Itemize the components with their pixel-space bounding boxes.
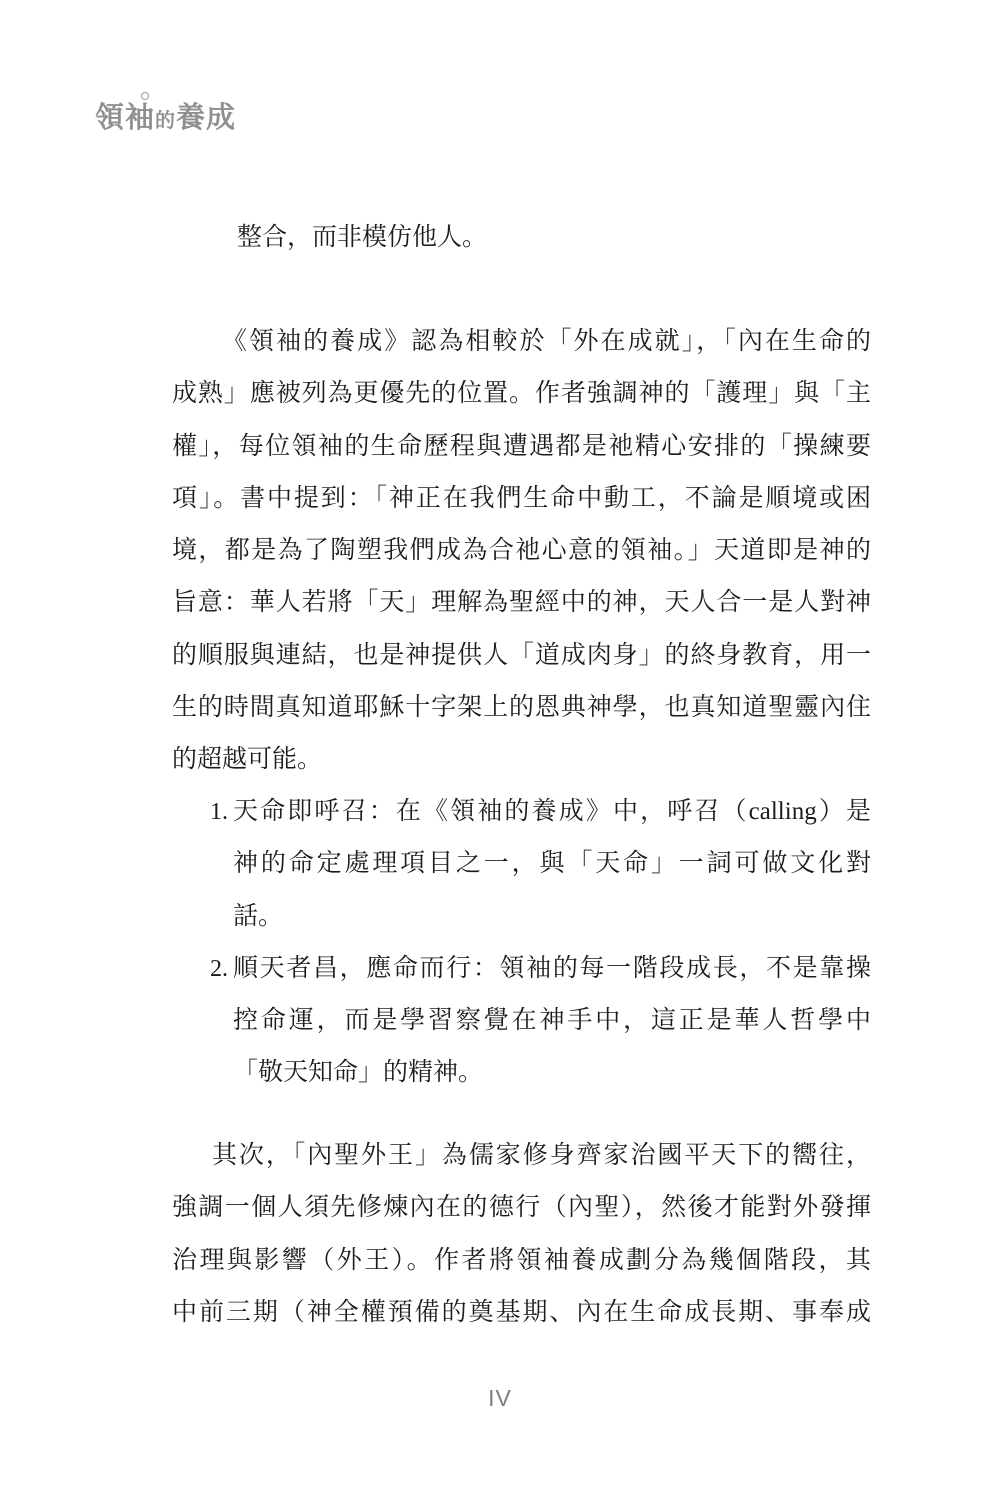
text-line: 境，都是為了陶塑我們成為合祂心意的領袖。」天道即是神的 — [172, 525, 871, 577]
book-title-logo: 領袖的養成 — [95, 95, 236, 136]
text-line: 控命運，而是學習察覺在神手中，這正是華人哲學中 — [233, 995, 871, 1047]
paragraph-providence: 《領袖的養成》認為相較於「外在成就」，「內在生命的 成熟」應被列為更優先的位置。… — [172, 316, 871, 787]
text-line: 治理與影響（外王）。作者將領袖養成劃分為幾個階段，其 — [172, 1235, 871, 1287]
continuation-line-block: 整合，而非模仿他人。 — [172, 212, 871, 264]
text-line: 《領袖的養成》認為相較於「外在成就」，「內在生命的 — [172, 316, 871, 368]
list-item-number: 1. — [210, 786, 228, 838]
numbered-list: 1. 天命即呼召：在《領袖的養成》中，呼召（calling）是 神的命定處理項目… — [172, 786, 871, 1100]
text-line: 權」，每位領袖的生命歷程與遭遇都是祂精心安排的「操練要 — [172, 421, 871, 473]
text-line: 「敬天知命」的精神。 — [233, 1047, 871, 1099]
text-line: 神的命定處理項目之一，與「天命」一詞可做文化對 — [233, 838, 871, 890]
logo-accent-ring-icon — [141, 92, 149, 100]
document-page: 領袖的養成 整合，而非模仿他人。 《領袖的養成》認為相較於「外在成就」，「內在生… — [0, 0, 1000, 1503]
logo-text-part2: 的 — [155, 110, 176, 132]
text-line: 強調一個人須先修煉內在的德行（內聖），然後才能對外發揮 — [172, 1182, 871, 1234]
text-line: 成熟」應被列為更優先的位置。作者強調神的「護理」與「主 — [172, 368, 871, 420]
text-line: 其次，「內聖外王」為儒家修身齊家治國平天下的嚮往， — [172, 1130, 871, 1182]
text-line: 生的時間真知道耶穌十字架上的恩典神學，也真知道聖靈內住 — [172, 682, 871, 734]
text-line: 中前三期（神全權預備的奠基期、內在生命成長期、事奉成 — [172, 1287, 871, 1339]
logo-text-part3: 養成 — [176, 102, 236, 134]
text-line: 旨意：華人若將「天」理解為聖經中的神，天人合一是人對神 — [172, 577, 871, 629]
page-number: IV — [0, 1385, 1000, 1412]
text-line: 項」。書中提到：「神正在我們生命中動工，不論是順境或困 — [172, 473, 871, 525]
logo-text-part1: 領袖 — [95, 102, 155, 134]
text-line: 天命即呼召：在《領袖的養成》中，呼召（calling）是 — [233, 786, 871, 838]
paragraph-neisheng-waiwang: 其次，「內聖外王」為儒家修身齊家治國平天下的嚮往， 強調一個人須先修煉內在的德行… — [172, 1130, 871, 1339]
text-line: 順天者昌，應命而行：領袖的每一階段成長，不是靠操 — [233, 943, 871, 995]
text-line: 的順服與連結，也是神提供人「道成肉身」的終身教育，用一 — [172, 630, 871, 682]
text-line: 話。 — [233, 891, 871, 943]
list-item-2: 2. 順天者昌，應命而行：領袖的每一階段成長，不是靠操 控命運，而是學習察覺在神… — [172, 943, 871, 1100]
list-item-1: 1. 天命即呼召：在《領袖的養成》中，呼召（calling）是 神的命定處理項目… — [172, 786, 871, 943]
text-line: 的超越可能。 — [172, 734, 871, 786]
text-line: 整合，而非模仿他人。 — [172, 212, 871, 264]
list-item-number: 2. — [210, 943, 228, 995]
